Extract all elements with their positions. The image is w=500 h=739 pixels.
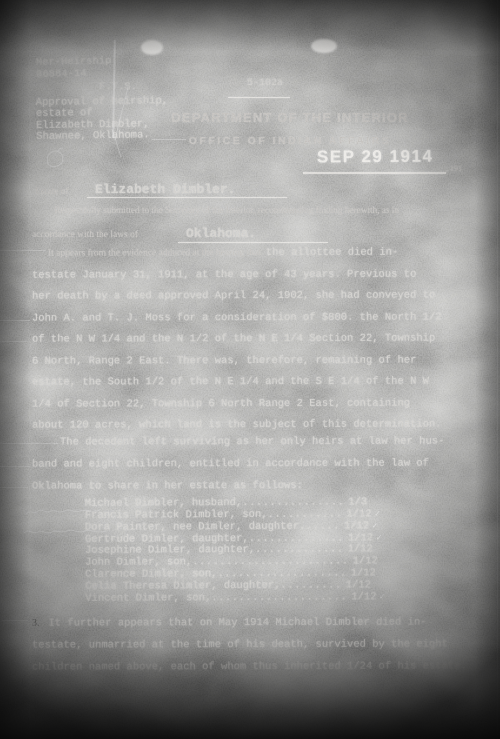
paragraph-line: The decedent left surviving as her only … — [32, 431, 494, 454]
document-text-layer: Mer-Heirship 86884-14 F.T.S. No 5-102a A… — [0, 0, 500, 739]
handwritten-margin-note — [22, 525, 110, 539]
handwritten-margin-note — [24, 505, 104, 519]
margin-streak — [2, 620, 28, 621]
estate-name-value: Elizabeth Dimbler. — [95, 182, 235, 197]
paragraph-line: 1/4 of Section 22, Township 6 North Rang… — [32, 393, 494, 416]
typed-text: the allottee died in- — [266, 247, 398, 259]
clerk-initials: F.T.S. — [99, 81, 137, 93]
form-number-underline — [228, 97, 290, 98]
dot-leader: ................... — [217, 567, 346, 580]
pencil-mark: 3. — [32, 618, 40, 629]
margin-streak — [0, 250, 46, 251]
margin-streak — [0, 341, 26, 342]
paragraph-line: band and eight children, entitled in acc… — [32, 453, 494, 476]
photo-highlight-blob — [311, 39, 337, 53]
date-line-rule — [303, 172, 446, 174]
scanned-document-photostat: Mer-Heirship 86884-14 F.T.S. No 5-102a A… — [0, 0, 500, 739]
heir-share: 1/12 — [346, 508, 371, 520]
dot-leader: ....................... — [192, 556, 348, 569]
margin-streak — [0, 466, 30, 467]
heir-share: 1/12 — [344, 520, 369, 532]
typed-text: It further appears that on May 1914 Mich… — [48, 617, 426, 630]
paragraph-line: It appears from the evidence adduced at … — [32, 242, 494, 265]
dot-leader: ............... — [242, 496, 344, 509]
dot-leader: ......... — [280, 579, 341, 591]
file-reference: Mer-Heirship 86884-14 — [36, 56, 112, 81]
estate-of-label: Estate of — [35, 187, 69, 197]
form-number: 5-102a — [247, 78, 283, 89]
paragraph-further-findings: 3.It further appears that on May 1914 Mi… — [32, 612, 498, 678]
heir-name: Vincent Dimler, son, — [85, 592, 211, 605]
photo-highlight-blob — [141, 40, 163, 55]
margin-streak — [0, 320, 30, 321]
heir-share: 1/12 — [351, 567, 376, 579]
laws-state-value: Oklahoma. — [186, 226, 256, 241]
heir-name: Celia Theresa Dimler, daughter, — [85, 580, 280, 593]
paragraph-line: estate, the South 1/2 of the N E 1/4 and… — [32, 371, 494, 394]
heir-share: 1/12 — [348, 532, 373, 544]
heir-name: John Dimler, son, — [85, 556, 192, 569]
dot-leader: ............. — [255, 544, 343, 556]
handwritten-circle-scribble — [40, 146, 76, 174]
paragraph-line: Oklahoma to share in her estate as follo… — [32, 475, 494, 498]
letterhead-department: DEPARTMENT OF THE INTERIOR — [160, 110, 420, 125]
paragraph-heirs-intro: The decedent left surviving as her only … — [32, 432, 494, 497]
received-date-stamp: SEP 29 1914 — [317, 147, 434, 168]
checkmark-icon: ✓ — [375, 509, 380, 519]
submission-clause-line2: accordance with the laws of — [32, 230, 138, 240]
paragraph-line: children named above, each of whom thus … — [32, 656, 498, 679]
checkmark-icon: ✓ — [376, 533, 381, 543]
heir-share: 1/12 — [348, 544, 373, 556]
paragraph-line: testate January 31, 1911, at the age of … — [32, 264, 494, 287]
paragraph-line: her death by a deed approved April 24, 1… — [32, 285, 494, 308]
heir-share: 1/12 — [346, 579, 371, 591]
paragraph-line: 3.It further appears that on May 1914 Mi… — [32, 611, 498, 635]
subject-line: Shawnee, Oklahoma. — [36, 130, 168, 143]
photo-edge-line — [497, 0, 498, 739]
printed-year-suffix: , 191 — [446, 164, 462, 173]
heir-name: Michael Dimbler, husband, — [85, 497, 243, 510]
paragraph-line: testate, unmarried at the time of his de… — [32, 634, 498, 657]
letterhead-office: OFFICE OF INDIAN AFFAIRS — [160, 135, 420, 147]
heir-name: Dora Painter, nee Dimler, daughter — [85, 520, 299, 533]
number-label: No — [229, 78, 240, 88]
checkmark-icon: ✓ — [372, 521, 377, 531]
heir-share: 1/12 — [353, 555, 378, 567]
printed-lead-in: It appears from the evidence adduced at … — [48, 248, 261, 259]
margin-streak — [0, 443, 58, 444]
paragraph-line: John A. and T. J. Moss for a considerati… — [32, 307, 494, 330]
margin-streak — [0, 487, 28, 488]
paragraph-line: 6 North, Range 2 East. There was, theref… — [32, 350, 494, 373]
heir-share: 1/3 — [348, 496, 367, 508]
heirs-share-list: Michael Dimbler, husband,...............… — [85, 497, 385, 605]
heir-share: 1/12 — [351, 591, 376, 603]
file-reference-number: 86884-14 — [36, 68, 112, 81]
submission-clause-line1: Respectfully submitted to the Secretary … — [54, 206, 399, 216]
dot-leader: ........... — [268, 508, 343, 520]
subject-block: Approval of heirship, estate of Elizabet… — [36, 96, 169, 143]
dot-leader: .................... — [211, 591, 347, 604]
paragraph-findings: It appears from the evidence adduced at … — [32, 243, 494, 437]
dot-leader: ...... — [299, 520, 340, 532]
heir-row: Vincent Dimler, son,....................… — [85, 592, 385, 605]
heir-name: Clarence Dimler, son, — [85, 568, 217, 581]
estate-name-underline — [87, 197, 287, 198]
checkmark-icon: ✓ — [379, 592, 384, 602]
pen-dash-mark — [152, 139, 186, 140]
paragraph-line: of the N W 1/4 and the N 1/2 of the N E … — [32, 328, 494, 351]
